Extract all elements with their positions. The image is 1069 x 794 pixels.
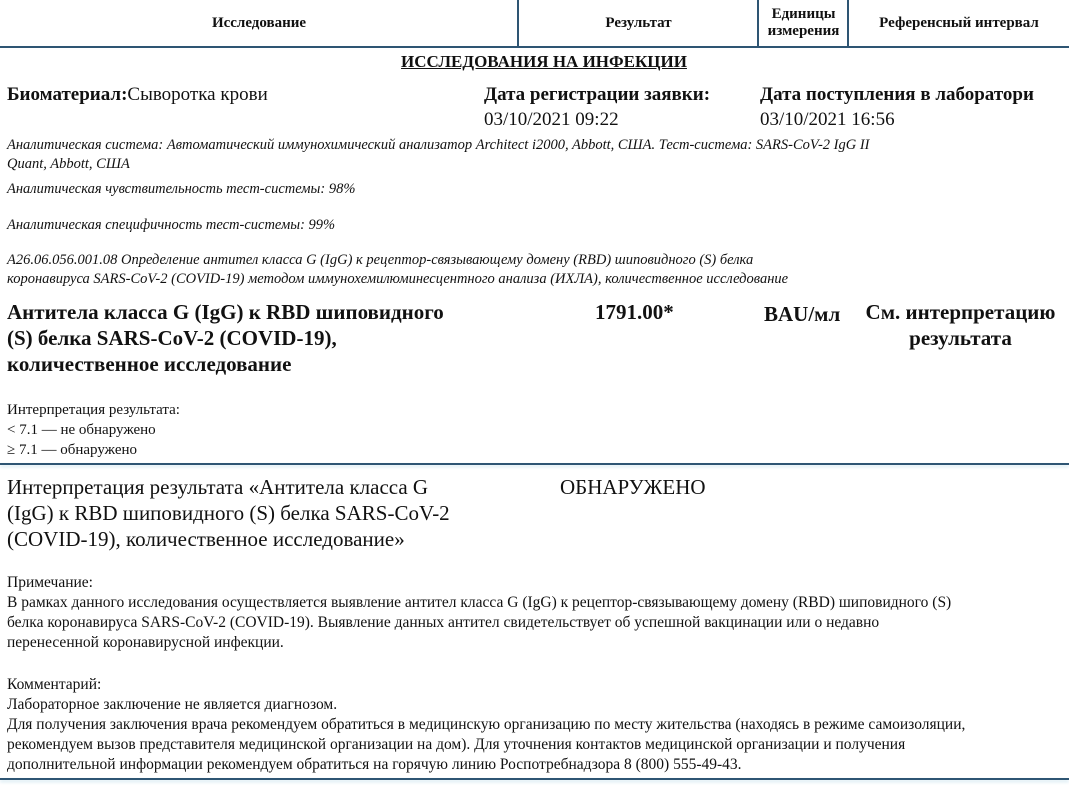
results-table-header: Исследование Результат Единицы измерения… <box>0 0 1069 48</box>
test-name: Антитела класса G (IgG) к RBD шиповидног… <box>7 299 444 377</box>
biomaterial-value: Сыворотка крови <box>127 84 267 105</box>
lab-arrival-date-value: 03/10/2021 16:56 <box>760 109 895 131</box>
analytic-sensitivity: Аналитическая чувствительность тест-сист… <box>7 180 355 199</box>
note-section: Примечание: В рамках данного исследовани… <box>7 573 951 653</box>
comment-section: Комментарий: Лабораторное заключение не … <box>7 675 965 775</box>
column-header-result: Результат <box>519 0 758 46</box>
interpretation-rule: < 7.1 — не обнаружено <box>7 420 180 440</box>
column-header-units: Единицы измерения <box>759 0 848 46</box>
column-header-test: Исследование <box>0 0 518 46</box>
bottom-divider <box>0 778 1069 780</box>
test-code-line2: коронавируса SARS-CoV-2 (COVID-19) метод… <box>7 270 788 289</box>
comment-title: Комментарий: <box>7 675 965 695</box>
biomaterial: Биоматериал:Сыворотка крови <box>7 84 268 106</box>
lab-arrival-date-label: Дата поступления в лаборатори <box>760 84 1034 106</box>
analytic-system-line2: Quant, Abbott, США <box>7 155 130 174</box>
reference-interval: См. интерпретацию результата <box>852 299 1069 351</box>
result-value: 1791.00* <box>595 299 674 325</box>
interpretation-key-title: Интерпретация результата: <box>7 400 180 420</box>
interpretation-value: ОБНАРУЖЕНО <box>560 474 706 500</box>
biomaterial-label: Биоматериал: <box>7 84 127 105</box>
interpretation-key: Интерпретация результата: < 7.1 — не обн… <box>7 400 180 460</box>
test-code-line1: A26.06.056.001.08 Определение антител кл… <box>7 251 753 270</box>
analytic-system-line1: Аналитическая система: Автоматический им… <box>7 136 869 155</box>
interpretation-label: Интерпретация результата «Антитела класс… <box>7 474 450 552</box>
divider <box>0 463 1069 465</box>
registration-date-value: 03/10/2021 09:22 <box>484 109 619 131</box>
note-title: Примечание: <box>7 573 951 593</box>
analytic-specificity: Аналитическая специфичность тест-системы… <box>7 216 335 235</box>
registration-date-label: Дата регистрации заявки: <box>484 84 710 106</box>
column-header-reference: Референсный интервал <box>849 0 1069 46</box>
result-units: BAU/мл <box>764 301 840 327</box>
interpretation-rule: ≥ 7.1 — обнаружено <box>7 440 180 460</box>
section-title: ИССЛЕДОВАНИЯ НА ИНФЕКЦИИ <box>0 52 1069 72</box>
